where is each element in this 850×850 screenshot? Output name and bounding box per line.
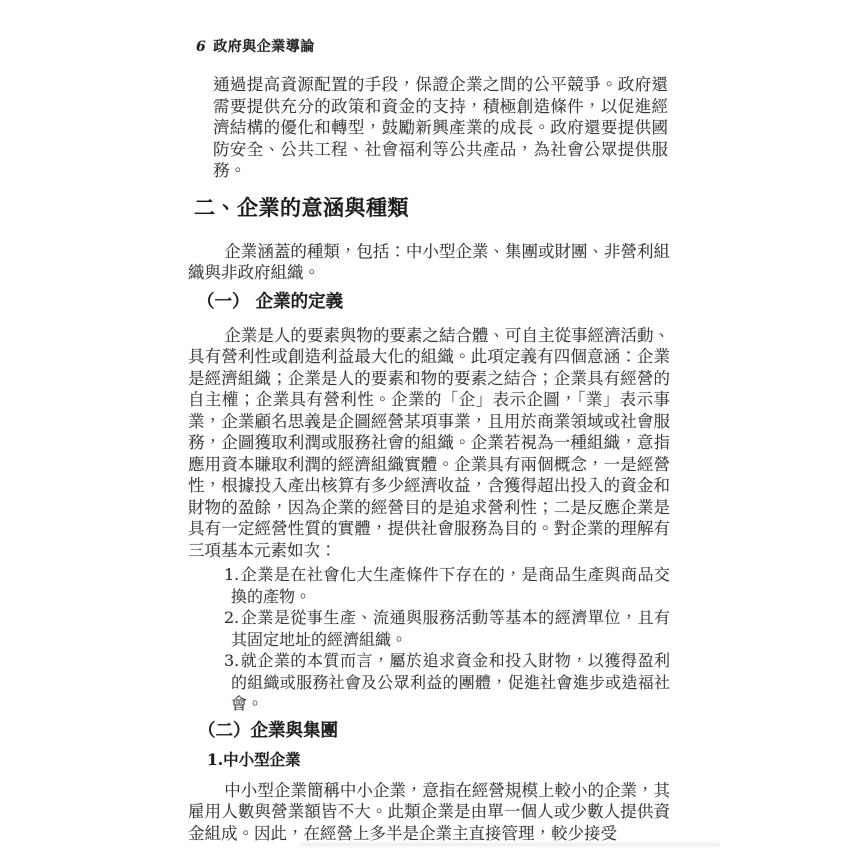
scan-artifact-line: [300, 843, 720, 846]
list-item-3-marker: 3.: [224, 651, 239, 670]
section-heading: 二、企業的意涵與種類: [194, 196, 670, 219]
sme-paragraph: 中小型企業簡稱中小企業，意指在經營規模上較小的企業，其雇用人數與營業額皆不大。此…: [188, 780, 670, 845]
list-item-2-marker: 2.: [224, 608, 239, 627]
sme-item-heading: 1.中小型企業: [207, 751, 670, 768]
list-item-3-text: 就企業的本質而言，屬於追求資金和投入財物，以獲得盈利的組織或服務社會及公眾利益的…: [231, 651, 670, 713]
running-head-title: 政府與企業導論: [213, 39, 315, 55]
running-head: 6政府與企業導論: [196, 40, 670, 55]
scanned-book-page: 6政府與企業導論 通過提高資源配置的手段，保證企業之間的公平競爭。政府還需要提供…: [0, 0, 850, 850]
list-item-2-text: 企業是從事生產、流通與服務活動等基本的經濟單位，且有其固定地址的經濟組織。: [231, 608, 670, 649]
page-text-block: 6政府與企業導論 通過提高資源配置的手段，保證企業之間的公平競爭。政府還需要提供…: [188, 0, 670, 844]
page-number: 6: [196, 39, 206, 55]
continuation-paragraph: 通過提高資源配置的手段，保證企業之間的公平競爭。政府還需要提供充分的政策和資金的…: [213, 74, 668, 182]
list-item-3: 3.就企業的本質而言，屬於追求資金和投入財物，以獲得盈利的組織或服務社會及公眾利…: [224, 650, 670, 715]
subsection-1-heading: （一） 企業的定義: [197, 292, 670, 312]
section-intro-paragraph: 企業涵蓋的種類，包括：中小型企業、集團或財團、非營利組織與非政府組織。: [188, 241, 670, 284]
list-item-1-text: 企業是在社會化大生產條件下存在的，是商品生產與商品交換的產物。: [231, 565, 670, 606]
list-item-2: 2.企業是從事生產、流通與服務活動等基本的經濟單位，且有其固定地址的經濟組織。: [224, 607, 670, 650]
list-item-1: 1.企業是在社會化大生產條件下存在的，是商品生產與商品交換的產物。: [224, 564, 670, 607]
list-item-1-marker: 1.: [224, 565, 239, 584]
definition-elements-list: 1.企業是在社會化大生產條件下存在的，是商品生產與商品交換的產物。 2.企業是從…: [188, 564, 670, 715]
subsection-2-heading: （二）企業與集團: [198, 721, 670, 741]
definition-paragraph: 企業是人的要素與物的要素之結合體、可自主從事經濟活動、具有營利性或創造利益最大化…: [188, 325, 670, 562]
